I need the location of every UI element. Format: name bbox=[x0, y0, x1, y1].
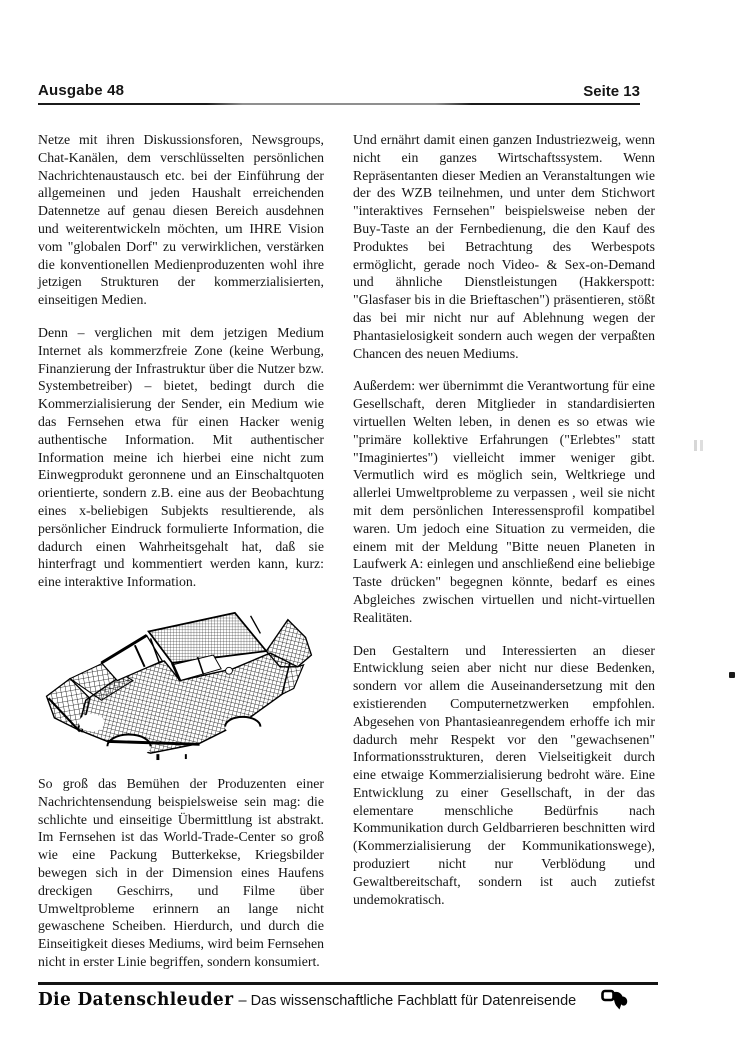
issue-label: Ausgabe 48 bbox=[38, 82, 124, 99]
body-paragraph: Netze mit ihren Diskussionsforen, Newsgr… bbox=[38, 131, 324, 309]
body-paragraph: So groß das Bemühen der Produzenten eine… bbox=[38, 775, 324, 971]
page-number: Seite 13 bbox=[583, 83, 640, 100]
column-right: Und ernährt damit einen ganzen Industrie… bbox=[353, 131, 655, 923]
scan-artifact bbox=[729, 672, 735, 678]
magazine-page: Ausgabe 48 Seite 13 Netze mit ihren Disk… bbox=[0, 0, 739, 1055]
body-paragraph: Und ernährt damit einen ganzen Industrie… bbox=[353, 131, 655, 362]
footer-tagline: – Das wissenschaftliche Fachblatt für Da… bbox=[239, 993, 577, 1009]
body-paragraph: Außerdem: wer übernimmt die Verantwortun… bbox=[353, 377, 655, 626]
header-rule bbox=[38, 103, 640, 105]
footer: Die Datenschleuder– Das wissenschaftlich… bbox=[38, 990, 598, 1010]
wireframe-car-image bbox=[38, 606, 318, 761]
hand-stamp-icon bbox=[601, 988, 635, 1014]
scan-artifact bbox=[694, 440, 703, 451]
footer-rule bbox=[38, 982, 658, 985]
body-paragraph: Denn – verglichen mit dem jetzigen Mediu… bbox=[38, 324, 324, 591]
footer-brand: Die Datenschleuder bbox=[38, 990, 234, 1010]
column-left: Netze mit ihren Diskussionsforen, Newsgr… bbox=[38, 131, 324, 986]
body-paragraph: Den Gestaltern und Interessierten an die… bbox=[353, 642, 655, 909]
